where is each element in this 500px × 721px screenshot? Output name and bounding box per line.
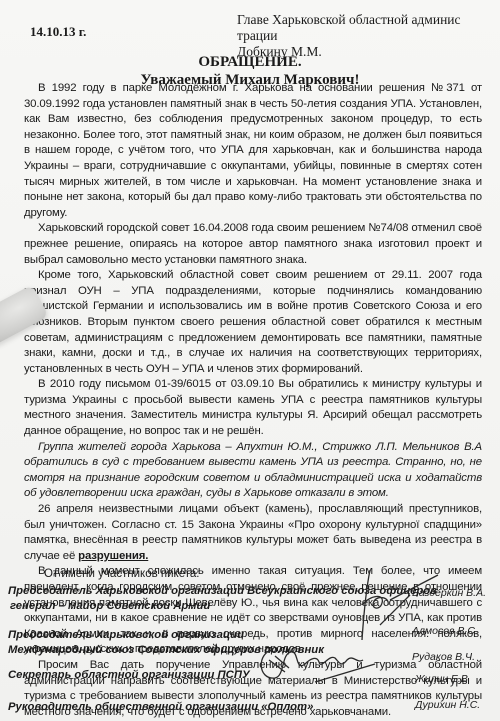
signatures-intro: От имени участников пикета:: [44, 568, 199, 580]
addressee-line-1: Главе Харьковской областной админис трац…: [237, 12, 500, 44]
signer-4-role: Секретарь областной организации ПСПУ: [8, 668, 250, 683]
signer-5-name: Дурихин Н.С.: [415, 699, 480, 711]
scanned-letter-page: 14.10.13 г. Главе Харьковской областной …: [0, 0, 500, 721]
paragraph-4: В 2010 году письмом 01-39/6015 от 03.09.…: [24, 377, 482, 439]
signer-3-name: Рудаков В.Ч.: [412, 651, 475, 663]
signer-5-role: Руководитель общественной организации «О…: [8, 700, 313, 715]
destruction-emphasis: разрушения.: [78, 550, 148, 562]
paragraph-2: Харьковский городской совет 16.04.2008 г…: [24, 221, 482, 268]
paragraph-3: Кроме того, Харьковский областной совет …: [24, 268, 482, 377]
letter-date: 14.10.13 г.: [30, 24, 86, 40]
paragraph-destruction: 26 апреля неизвестными лицами объект (ка…: [24, 502, 482, 564]
paragraph-court: Группа жителей города Харькова – Апухтин…: [24, 440, 482, 502]
signature-2-icon: [255, 642, 385, 687]
signature-1-icon: [340, 565, 440, 645]
letter-title: ОБРАЩЕНИЕ.: [0, 53, 500, 71]
paragraph-1: В 1992 году в парке Молодёжном г. Харько…: [24, 81, 482, 221]
signer-4-name: Жилин Е.В: [415, 673, 468, 685]
